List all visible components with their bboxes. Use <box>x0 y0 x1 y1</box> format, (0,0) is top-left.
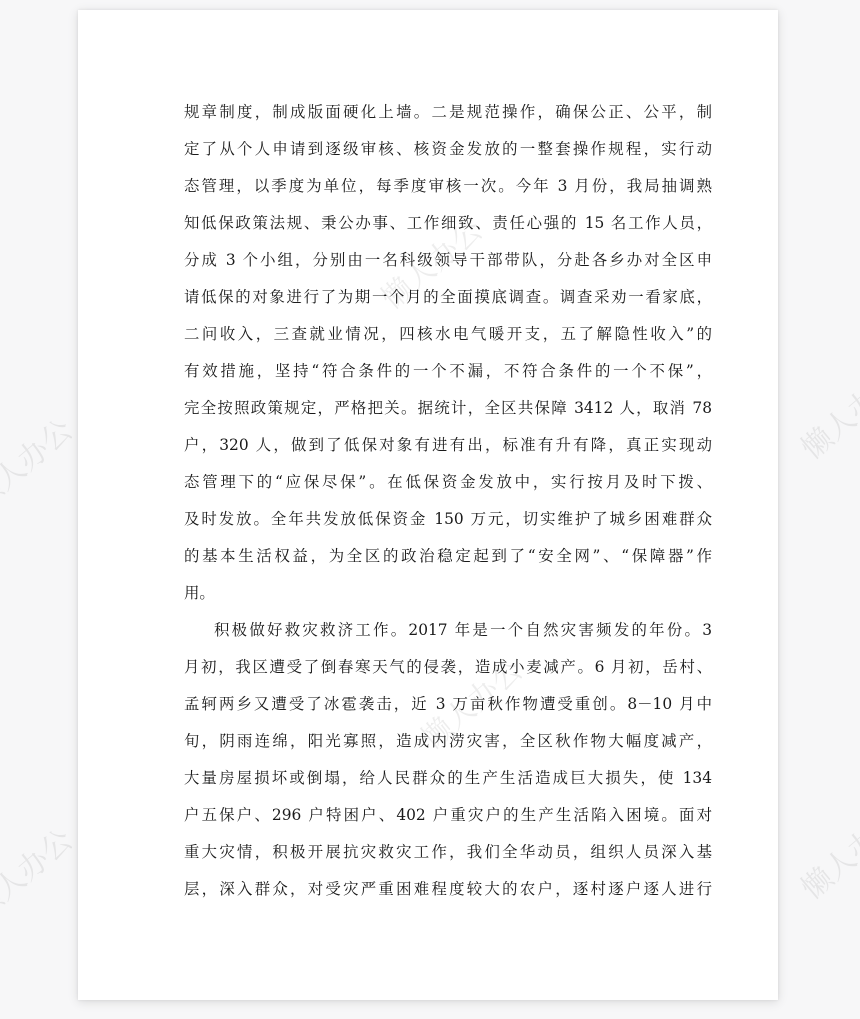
text-line: 态管理，以季度为单位，每季度审核一次。今年 3 月份，我局抽调熟 <box>184 168 712 205</box>
text-line: 二问收入，三查就业情况，四核水电气暖开支，五了解隐性收入”的 <box>184 316 712 353</box>
text-line: 分成 3 个小组，分别由一名科级领导干部带队，分赴各乡办对全区申 <box>184 242 712 279</box>
text-line: 态管理下的“应保尽保”。在低保资金发放中，实行按月及时下拨、 <box>184 464 712 501</box>
document-page: 规章制度，制成版面硬化上墙。二是规范操作，确保公正、公平，制定了从个人申请到逐级… <box>78 10 778 1000</box>
watermark-text: 懒人办公 <box>790 357 860 468</box>
text-line: 知低保政策法规、秉公办事、工作细致、责任心强的 15 名工作人员， <box>184 205 712 242</box>
text-line: 用。 <box>184 575 712 612</box>
text-line: 月初，我区遭受了倒春寒天气的侵袭，造成小麦减产。6 月初，岳村、 <box>184 649 712 686</box>
text-line: 户五保户、296 户特困户、402 户重灾户的生产生活陷入困境。面对 <box>184 797 712 834</box>
text-line: 孟轲两乡又遭受了冰雹袭击，近 3 万亩秋作物遭受重创。8－10 月中 <box>184 686 712 723</box>
text-line: 及时发放。全年共发放低保资金 150 万元，切实维护了城乡困难群众 <box>184 501 712 538</box>
text-line: 层，深入群众，对受灾严重困难程度较大的农户，逐村逐户逐人进行 <box>184 871 712 908</box>
paragraph: 积极做好救灾救济工作。2017 年是一个自然灾害频发的年份。3月初，我区遭受了倒… <box>184 612 712 908</box>
document-body: 规章制度，制成版面硬化上墙。二是规范操作，确保公正、公平，制定了从个人申请到逐级… <box>184 94 712 908</box>
watermark-text: 懒人办公 <box>0 817 80 928</box>
text-line: 请低保的对象进行了为期一个月的全面摸底调查。调查采劝一看家底， <box>184 279 712 316</box>
text-line: 大量房屋损坏或倒塌，给人民群众的生产生活造成巨大损失，使 134 <box>184 760 712 797</box>
watermark-text: 懒人办公 <box>790 797 860 908</box>
text-line: 旬，阴雨连绵，阳光寡照，造成内涝灾害，全区秋作物大幅度减产， <box>184 723 712 760</box>
paragraph: 规章制度，制成版面硬化上墙。二是规范操作，确保公正、公平，制定了从个人申请到逐级… <box>184 94 712 612</box>
text-line: 的基本生活权益，为全区的政治稳定起到了“安全网”、“保障器”作 <box>184 538 712 575</box>
watermark-text: 懒人办公 <box>0 407 80 518</box>
text-line: 户，320 人，做到了低保对象有进有出，标准有升有降，真正实现动 <box>184 427 712 464</box>
text-line: 定了从个人申请到逐级审核、核资金发放的一整套操作规程，实行动 <box>184 131 712 168</box>
text-line: 完全按照政策规定，严格把关。据统计，全区共保障 3412 人，取消 78 <box>184 390 712 427</box>
text-line: 重大灾情，积极开展抗灾救灾工作，我们全华动员，组织人员深入基 <box>184 834 712 871</box>
text-line: 积极做好救灾救济工作。2017 年是一个自然灾害频发的年份。3 <box>184 612 712 649</box>
text-line: 规章制度，制成版面硬化上墙。二是规范操作，确保公正、公平，制 <box>184 94 712 131</box>
text-line: 有效措施，坚持“符合条件的一个不漏，不符合条件的一个不保”， <box>184 353 712 390</box>
